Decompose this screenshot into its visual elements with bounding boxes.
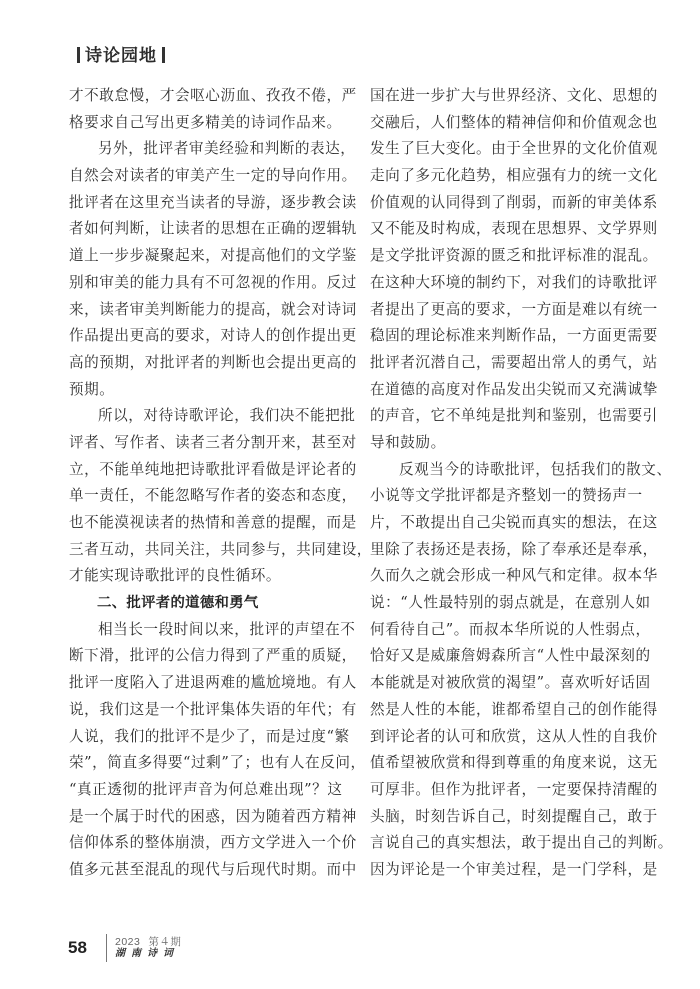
text-line: 值多元甚至混乱的现代与后现代时期。而中 xyxy=(69,857,341,884)
text-line: 三者互动，共同关注，共同参与，共同建设， xyxy=(69,537,341,564)
text-line: 人说，我们的批评不是少了，而是过度“繁 xyxy=(69,724,341,751)
text-line: 才能实现诗歌批评的良性循环。 xyxy=(69,563,341,590)
text-line: 自然会对读者的审美产生一定的导向作用。 xyxy=(69,163,341,190)
text-line: 走向了多元化趋势，相应强有力的统一文化 xyxy=(370,163,642,190)
issue-number: 第４期 xyxy=(148,936,181,948)
text-line: 交融后，人们整体的精神信仰和价值观念也 xyxy=(370,110,642,137)
text-line: 可厚非。但作为批评者，一定要保持清醒的 xyxy=(370,777,642,804)
text-line: 到评论者的认可和欣赏，这从人性的自我价 xyxy=(370,724,642,751)
text-line: 的声音，它不单纯是批判和鉴别，也需要引 xyxy=(370,403,642,430)
text-line: 又不能及时构成，表现在思想界、文学界则 xyxy=(370,216,642,243)
text-line: 评者、写作者、读者三者分割开来，甚至对 xyxy=(69,430,341,457)
text-line: 相当长一段时间以来，批评的声望在不 xyxy=(69,617,341,644)
text-line: 值希望被欣赏和得到尊重的角度来说，这无 xyxy=(370,750,642,777)
text-line: 价值观的认同得到了削弱，而新的审美体系 xyxy=(370,190,642,217)
header-right-bar xyxy=(162,47,165,63)
text-line: 单一责任，不能忽略写作者的姿态和态度， xyxy=(69,483,341,510)
page-number: 58 xyxy=(68,938,100,958)
header-left-bar xyxy=(77,47,80,63)
text-line: 才不敢怠慢，才会呕心沥血、孜孜不倦，严 xyxy=(69,83,341,110)
footer-divider xyxy=(106,934,107,962)
text-line: 里除了表扬还是表扬，除了奉承还是奉承， xyxy=(370,537,642,564)
text-line: 所以，对待诗歌评论，我们决不能把批 xyxy=(69,403,341,430)
text-line: 立，不能单纯地把诗歌批评看做是评论者的 xyxy=(69,457,341,484)
text-line: 信仰体系的整体崩溃，西方文学进入一个价 xyxy=(69,830,341,857)
text-line: 也不能漠视读者的热情和善意的提醒，而是 xyxy=(69,510,341,537)
section-header: 诗论园地 xyxy=(72,41,170,66)
text-line: 因为评论是一个审美过程，是一门学科，是 xyxy=(370,857,642,884)
text-line: 来，读者审美判断能力的提高，就会对诗词 xyxy=(69,297,341,324)
text-line: 说，我们这是一个批评集体失语的年代；有 xyxy=(69,697,341,724)
text-line: 言说自己的真实想法，敢于提出自己的判断。 xyxy=(370,830,642,857)
text-line: 稳固的理论标准来判断作品，一方面更需要 xyxy=(370,323,642,350)
text-line: 别和审美的能力具有不可忽视的作用。反过 xyxy=(69,270,341,297)
text-line: 片，不敢提出自己尖锐而真实的想法，在这 xyxy=(370,510,642,537)
text-line: 高的预期，对批评者的判断也会提出更高的 xyxy=(69,350,341,377)
issue-info: 2023第４期 xyxy=(115,936,181,948)
text-line: 断下滑，批评的公信力得到了严重的质疑， xyxy=(69,643,341,670)
text-line: “真正透彻的批评声音为何总难出现”？这 xyxy=(69,777,341,804)
text-line: 恰好又是威廉詹姆森所言“人性中最深刻的 xyxy=(370,643,642,670)
text-line: 预期。 xyxy=(69,377,341,404)
left-column: 才不敢怠慢，才会呕心沥血、孜孜不倦，严格要求自己写出更多精美的诗词作品来。另外，… xyxy=(69,83,341,884)
text-line: 导和鼓励。 xyxy=(370,430,642,457)
text-line: 是文学批评资源的匮乏和批评标准的混乱。 xyxy=(370,243,642,270)
footer-meta: 2023第４期 湖南诗词 xyxy=(115,936,181,960)
text-line: 在这种大环境的制约下，对我们的诗歌批评 xyxy=(370,270,642,297)
section-title: 诗论园地 xyxy=(85,46,157,66)
text-line: 批评一度陷入了进退两难的尴尬境地。有人 xyxy=(69,670,341,697)
text-line: 作品提出更高的要求，对诗人的创作提出更 xyxy=(69,323,341,350)
text-line: 荣”，简直多得要“过剩”了；也有人在反问， xyxy=(69,750,341,777)
text-line: 说：“人性最特别的弱点就是，在意别人如 xyxy=(370,590,642,617)
journal-name: 湖南诗词 xyxy=(115,948,181,960)
text-line: 头脑，时刻告诉自己，时刻提醒自己，敢于 xyxy=(370,804,642,831)
text-line: 者提出了更高的要求，一方面是难以有统一 xyxy=(370,297,642,324)
text-line: 道上一步步凝聚起来，对提高他们的文学鉴 xyxy=(69,243,341,270)
text-line: 在道德的高度对作品发出尖锐而又充满诚挚 xyxy=(370,377,642,404)
text-line: 格要求自己写出更多精美的诗词作品来。 xyxy=(69,110,341,137)
page-footer: 58 2023第４期 湖南诗词 xyxy=(68,931,181,965)
text-line: 久而久之就会形成一种风气和定律。叔本华 xyxy=(370,563,642,590)
text-line: 批评者沉潜自己，需要超出常人的勇气，站 xyxy=(370,350,642,377)
text-line: 何看待自己”。而叔本华所说的人性弱点， xyxy=(370,617,642,644)
text-line: 国在进一步扩大与世界经济、文化、思想的 xyxy=(370,83,642,110)
text-line: 反观当今的诗歌批评，包括我们的散文、 xyxy=(370,457,642,484)
section-subheading: 二、批评者的道德和勇气 xyxy=(69,590,341,617)
text-line: 然是人性的本能，谁都希望自己的创作能得 xyxy=(370,697,642,724)
text-line: 另外，批评者审美经验和判断的表达， xyxy=(69,136,341,163)
issue-year: 2023 xyxy=(115,936,140,948)
text-line: 者如何判断，让读者的思想在正确的逻辑轨 xyxy=(69,216,341,243)
text-line: 小说等文学批评都是齐整划一的赞扬声一 xyxy=(370,483,642,510)
text-line: 发生了巨大变化。由于全世界的文化价值观 xyxy=(370,136,642,163)
text-line: 本能就是对被欣赏的渴望”。喜欢听好话固 xyxy=(370,670,642,697)
text-line: 批评者在这里充当读者的导游，逐步教会读 xyxy=(69,190,341,217)
right-column: 国在进一步扩大与世界经济、文化、思想的交融后，人们整体的精神信仰和价值观念也发生… xyxy=(370,83,642,884)
text-line: 是一个属于时代的困惑，因为随着西方精神 xyxy=(69,804,341,831)
